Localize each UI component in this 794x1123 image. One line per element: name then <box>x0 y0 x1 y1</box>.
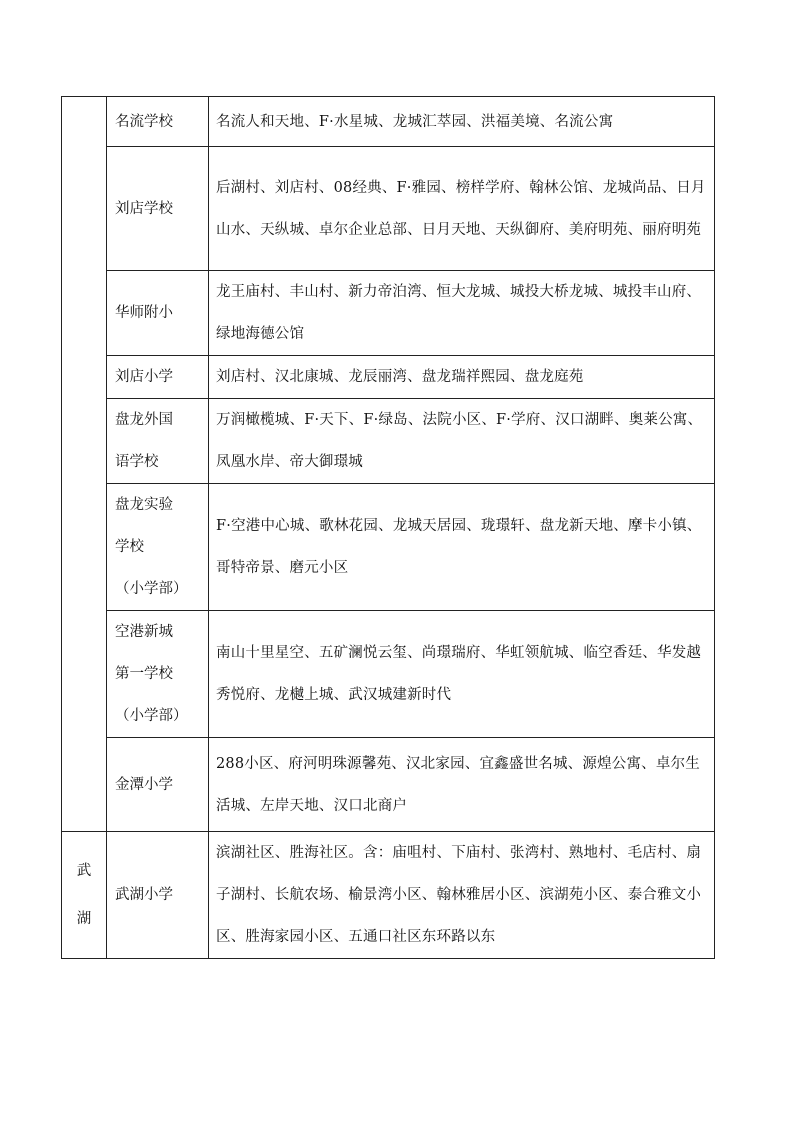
area-cell: F·空港中心城、歌林花园、龙城天居园、珑璟轩、盘龙新天地、摩卡小镇、哥特帝景、磨… <box>209 484 715 611</box>
area-text: 龙王庙村、丰山村、新力帝泊湾、恒大龙城、城投大桥龙城、城投丰山府、绿地海德公馆 <box>216 271 710 355</box>
table-row: 空港新城 第一学校 （小学部） 南山十里星空、五矿澜悦云玺、尚璟瑞府、华虹领航城… <box>62 611 715 738</box>
area-cell: 后湖村、刘店村、08经典、F·雅园、榜样学府、翰林公馆、龙城尚品、日月山水、天纵… <box>209 147 715 271</box>
district-cell <box>62 97 107 832</box>
area-text: 后湖村、刘店村、08经典、F·雅园、榜样学府、翰林公馆、龙城尚品、日月山水、天纵… <box>216 167 710 251</box>
school-name-line: 盘龙外国 <box>115 399 208 441</box>
school-name: 名流学校 <box>115 101 208 143</box>
table-row: 名流学校 名流人和天地、F·水星城、龙城汇萃园、洪福美境、名流公寓 <box>62 97 715 147</box>
school-cell: 武湖小学 <box>107 832 209 959</box>
area-text: 万润橄榄城、F·天下、F·绿岛、法院小区、F·学府、汉口湖畔、奥莱公寓、凤凰水岸… <box>216 399 710 483</box>
school-name-line: 第一学校 <box>115 653 208 695</box>
area-text: 南山十里星空、五矿澜悦云玺、尚璟瑞府、华虹领航城、临空香廷、华发越秀悦府、龙樾上… <box>216 632 710 716</box>
school-name-line: 学校 <box>115 526 208 568</box>
school-name-line: （小学部） <box>115 568 208 610</box>
school-cell: 刘店学校 <box>107 147 209 271</box>
school-cell: 空港新城 第一学校 （小学部） <box>107 611 209 738</box>
school-name: 金潭小学 <box>115 764 208 806</box>
table-row: 金潭小学 288小区、府河明珠源馨苑、汉北家园、宜鑫盛世名城、源煌公寓、卓尔生活… <box>62 738 715 832</box>
area-cell: 滨湖社区、胜海社区。含：庙咀村、下庙村、张湾村、熟地村、毛店村、扇子湖村、长航农… <box>209 832 715 959</box>
school-cell: 盘龙实验 学校 （小学部） <box>107 484 209 611</box>
area-cell: 288小区、府河明珠源馨苑、汉北家园、宜鑫盛世名城、源煌公寓、卓尔生活城、左岸天… <box>209 738 715 832</box>
table-row: 盘龙实验 学校 （小学部） F·空港中心城、歌林花园、龙城天居园、珑璟轩、盘龙新… <box>62 484 715 611</box>
school-name: 刘店学校 <box>115 188 208 230</box>
school-name-line: （小学部） <box>115 695 208 737</box>
area-cell: 名流人和天地、F·水星城、龙城汇萃园、洪福美境、名流公寓 <box>209 97 715 147</box>
area-text: F·空港中心城、歌林花园、龙城天居园、珑璟轩、盘龙新天地、摩卡小镇、哥特帝景、磨… <box>216 505 710 589</box>
table-row: 刘店小学 刘店村、汉北康城、龙辰丽湾、盘龙瑞祥熙园、盘龙庭苑 <box>62 356 715 399</box>
school-cell: 刘店小学 <box>107 356 209 399</box>
school-name-line: 盘龙实验 <box>115 484 208 526</box>
school-cell: 金潭小学 <box>107 738 209 832</box>
area-text: 刘店村、汉北康城、龙辰丽湾、盘龙瑞祥熙园、盘龙庭苑 <box>216 356 710 398</box>
area-cell: 刘店村、汉北康城、龙辰丽湾、盘龙瑞祥熙园、盘龙庭苑 <box>209 356 715 399</box>
school-cell: 盘龙外国 语学校 <box>107 399 209 484</box>
area-text: 名流人和天地、F·水星城、龙城汇萃园、洪福美境、名流公寓 <box>216 101 710 143</box>
school-name-line: 空港新城 <box>115 611 208 653</box>
table-row: 刘店学校 后湖村、刘店村、08经典、F·雅园、榜样学府、翰林公馆、龙城尚品、日月… <box>62 147 715 271</box>
school-name: 武湖小学 <box>115 874 208 916</box>
area-text: 滨湖社区、胜海社区。含：庙咀村、下庙村、张湾村、熟地村、毛店村、扇子湖村、长航农… <box>216 832 710 958</box>
district-name: 武湖 <box>62 847 106 943</box>
school-cell: 名流学校 <box>107 97 209 147</box>
area-cell: 龙王庙村、丰山村、新力帝泊湾、恒大龙城、城投大桥龙城、城投丰山府、绿地海德公馆 <box>209 271 715 356</box>
area-cell: 万润橄榄城、F·天下、F·绿岛、法院小区、F·学府、汉口湖畔、奥莱公寓、凤凰水岸… <box>209 399 715 484</box>
school-name: 刘店小学 <box>115 356 208 398</box>
table-row: 盘龙外国 语学校 万润橄榄城、F·天下、F·绿岛、法院小区、F·学府、汉口湖畔、… <box>62 399 715 484</box>
area-cell: 南山十里星空、五矿澜悦云玺、尚璟瑞府、华虹领航城、临空香廷、华发越秀悦府、龙樾上… <box>209 611 715 738</box>
table-row: 华师附小 龙王庙村、丰山村、新力帝泊湾、恒大龙城、城投大桥龙城、城投丰山府、绿地… <box>62 271 715 356</box>
school-name-line: 语学校 <box>115 441 208 483</box>
school-cell: 华师附小 <box>107 271 209 356</box>
school-name: 华师附小 <box>115 292 208 334</box>
district-cell: 武湖 <box>62 832 107 959</box>
table-row: 武湖 武湖小学 滨湖社区、胜海社区。含：庙咀村、下庙村、张湾村、熟地村、毛店村、… <box>62 832 715 959</box>
area-text: 288小区、府河明珠源馨苑、汉北家园、宜鑫盛世名城、源煌公寓、卓尔生活城、左岸天… <box>216 743 710 827</box>
school-district-table: 名流学校 名流人和天地、F·水星城、龙城汇萃园、洪福美境、名流公寓 刘店学校 后… <box>61 96 715 959</box>
